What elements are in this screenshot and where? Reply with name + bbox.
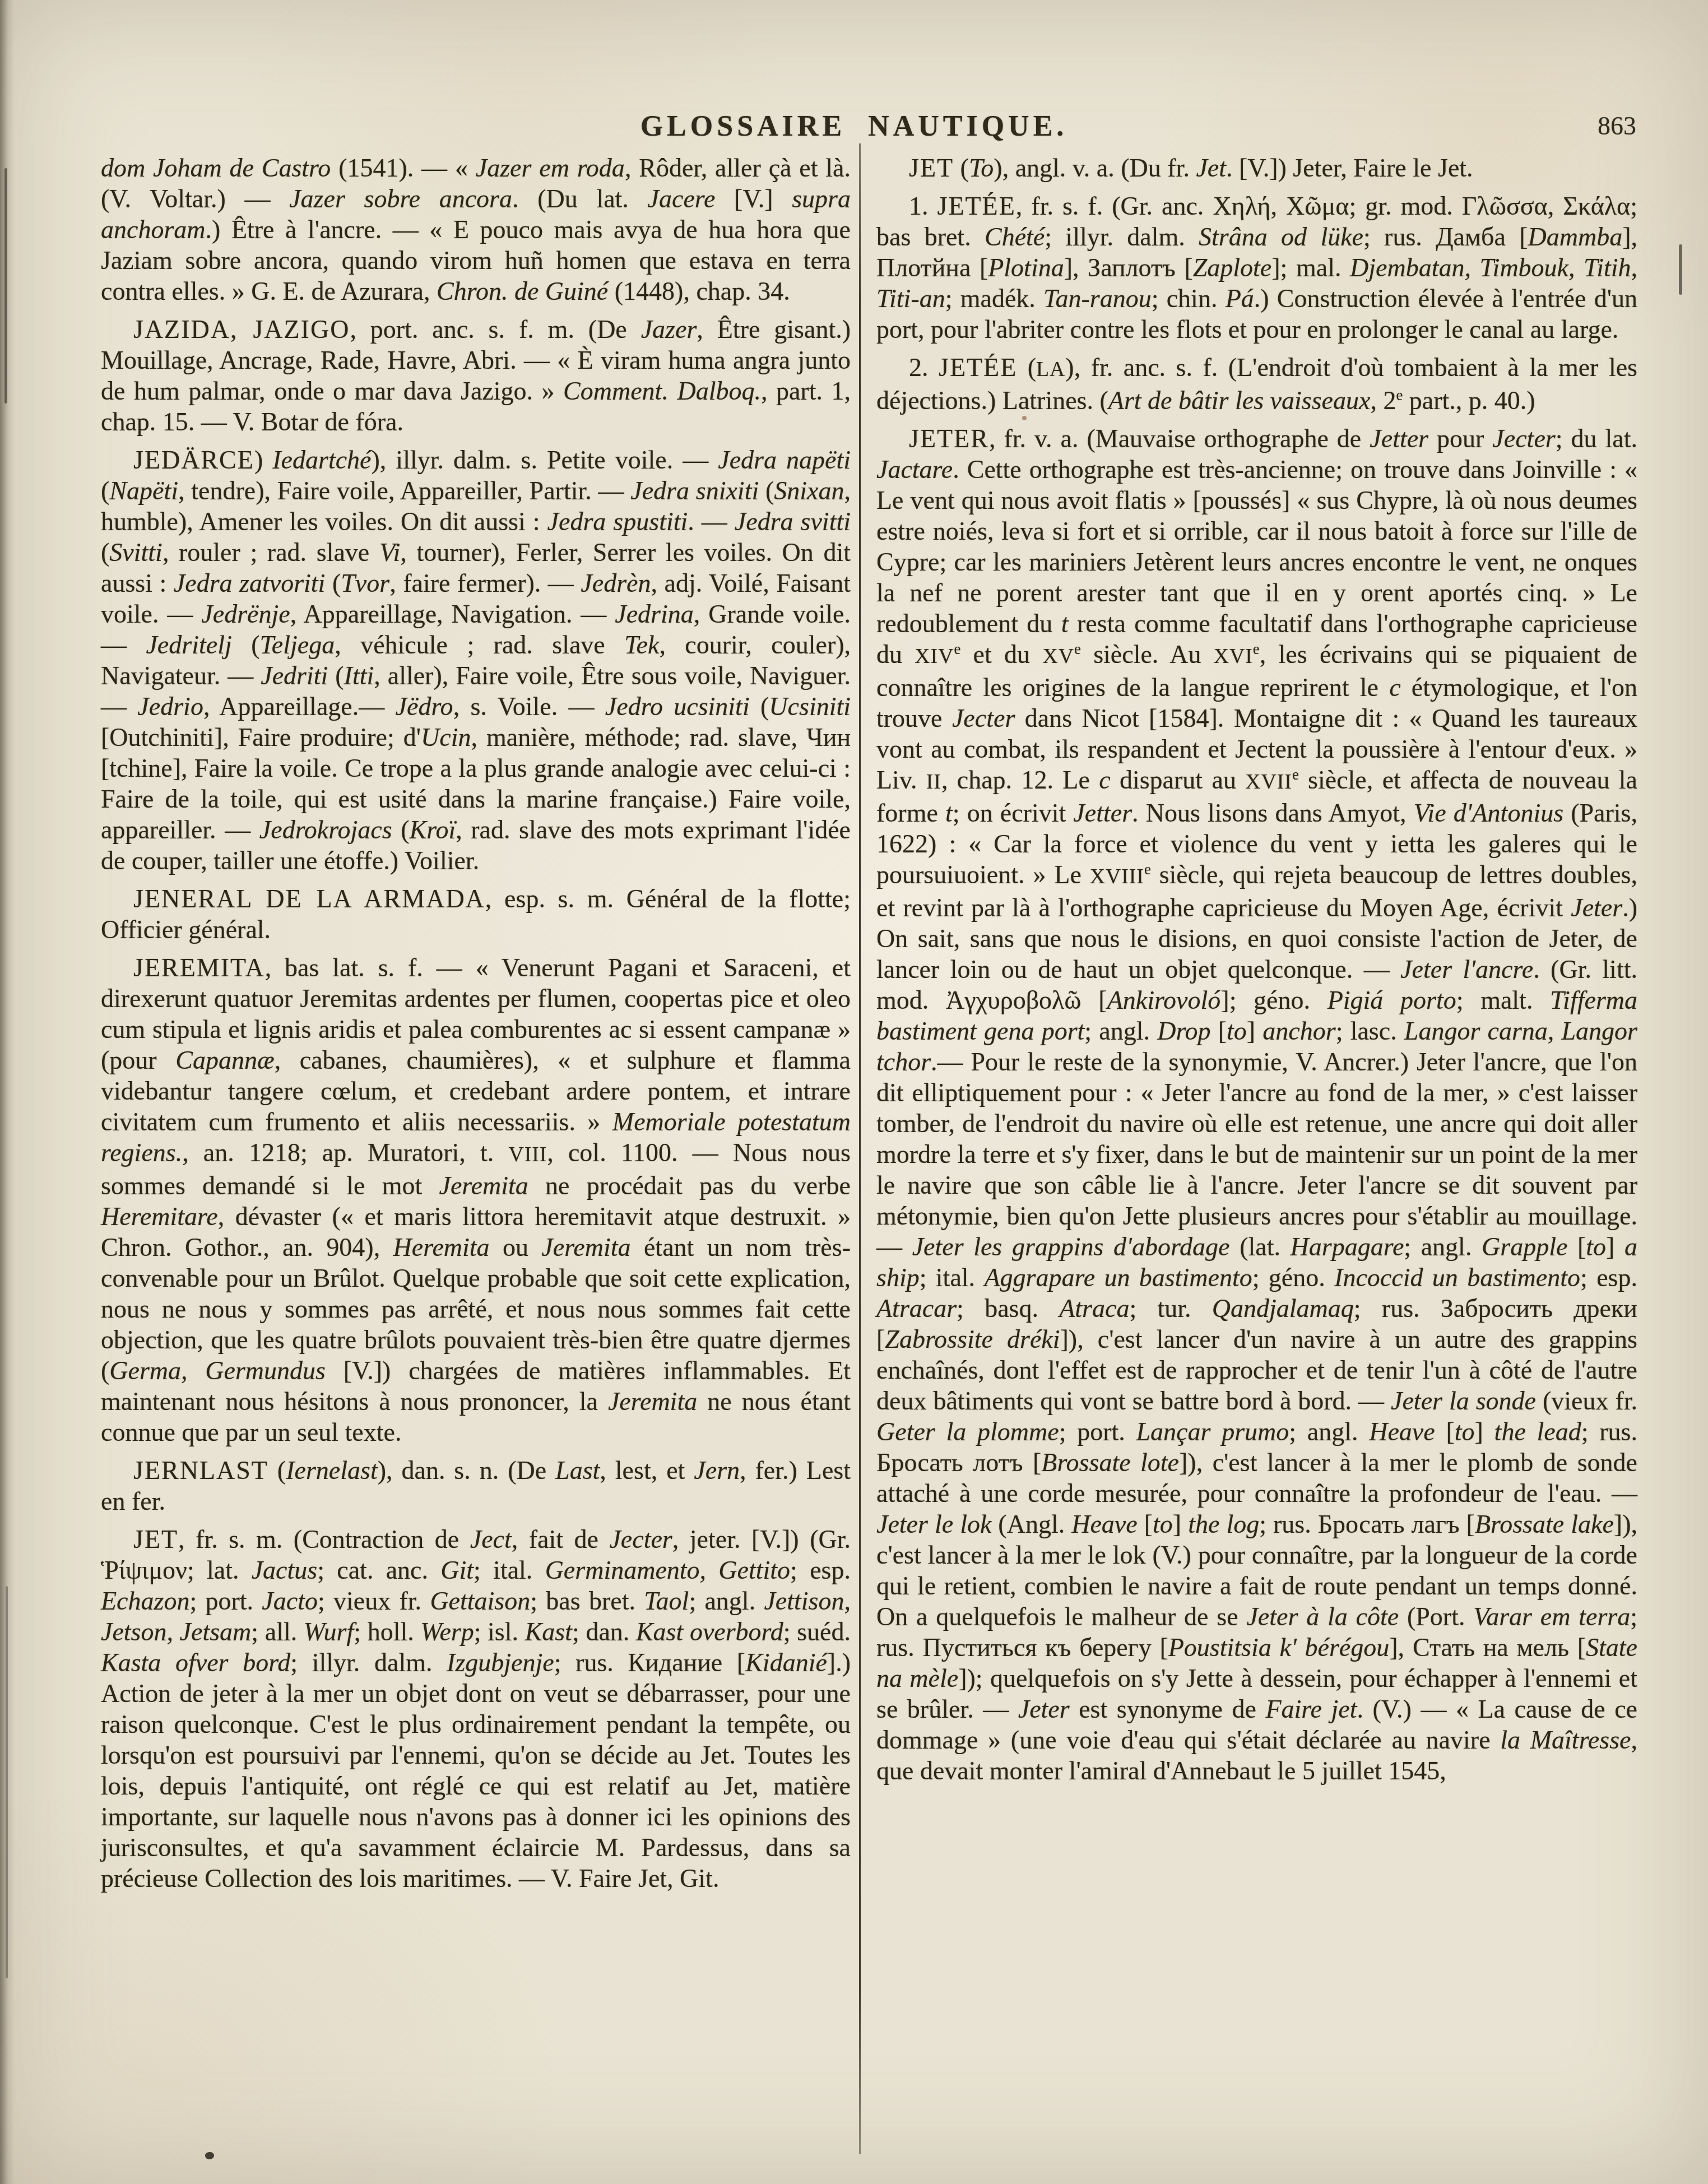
entry-jetee-1: 1. JETÉE, fr. s. f. (Gr. anc. Χηλή, Χῶμα…	[876, 191, 1637, 345]
entry-jetee-2: 2. JETÉE (la), fr. anc. s. f. (L'endroit…	[876, 352, 1637, 416]
ink-spot	[205, 2152, 214, 2159]
scan-artifact-left-bottom	[6, 1586, 8, 1978]
page-title: GLOSSAIRE NAUTIQUE.	[0, 110, 1708, 143]
scan-artifact-left-top	[4, 168, 7, 404]
entry-jeter: JETER, fr. v. a. (Mauvaise orthographe d…	[876, 423, 1637, 1786]
scanned-glossary-page: GLOSSAIRE NAUTIQUE. 863 dom Joham de Cas…	[0, 0, 1708, 2184]
entry-jet-fr: JET, fr. s. m. (Contraction de Ject, fai…	[101, 1524, 851, 1894]
left-column: dom Joham de Castro (1541). — « Jazer em…	[101, 152, 851, 1894]
entry-jedarce: JEDÄRCE) Iedartché), illyr. dalm. s. Pet…	[101, 444, 851, 876]
entry-jeremita: JEREMITA, bas lat. s. f. — « Venerunt Pa…	[101, 952, 851, 1448]
column-divider-rule	[859, 143, 861, 2154]
entry-jazer-continuation: dom Joham de Castro (1541). — « Jazer em…	[101, 152, 851, 307]
entry-jernlast: JERNLAST (Iernelast), dan. s. n. (De Las…	[101, 1455, 851, 1517]
entry-jazida: JAZIDA, JAZIGO, port. anc. s. f. m. (De …	[101, 314, 851, 437]
entry-jet-angl: JET (To), angl. v. a. (Du fr. Jet. [V.])…	[876, 152, 1637, 183]
page-number: 863	[1598, 111, 1636, 141]
scan-artifact-right	[1679, 244, 1682, 295]
right-column: JET (To), angl. v. a. (Du fr. Jet. [V.])…	[876, 152, 1637, 1786]
running-head: GLOSSAIRE NAUTIQUE. 863	[0, 110, 1708, 149]
entry-jeneral-de-la-armada: JENERAL DE LA ARMADA, esp. s. m. Général…	[101, 883, 851, 945]
